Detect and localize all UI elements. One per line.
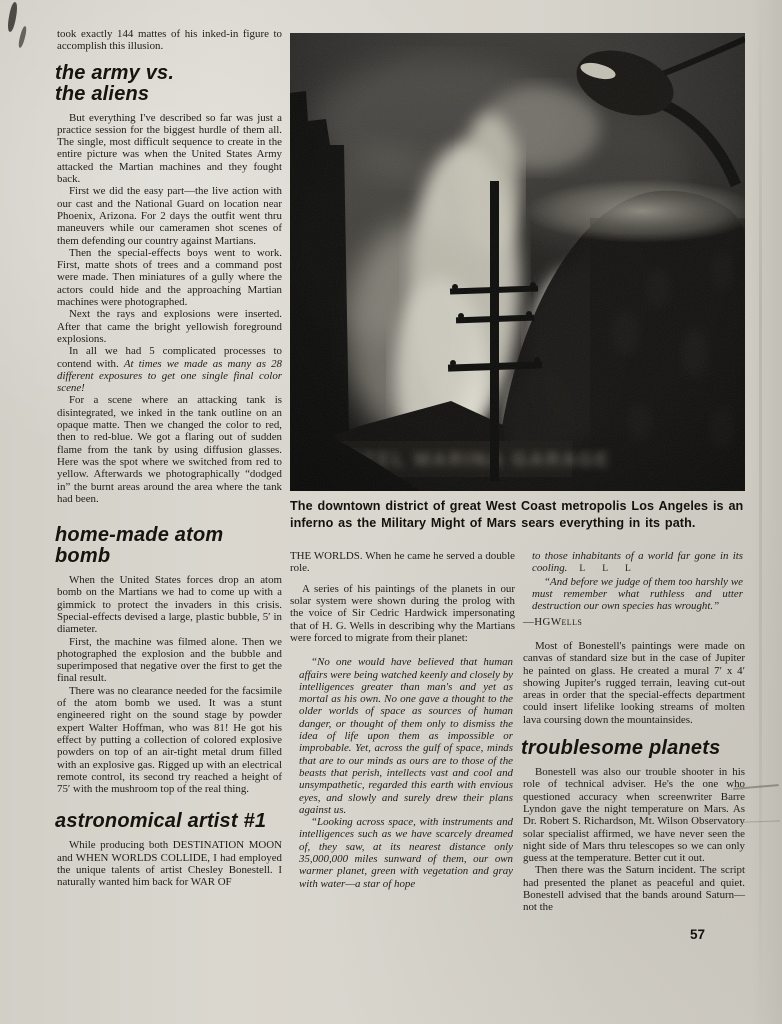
paragraph: A series of his paintings of the planets… <box>290 583 515 644</box>
paragraph: When the United States forces drop an at… <box>57 574 282 635</box>
middle-column: THE WORLDS. When he came he served a dou… <box>290 550 515 941</box>
section-heading-home-made-atom-bomb: home-made atom bomb <box>55 525 282 567</box>
section-heading-astronomical-artist: astronomical artist #1 <box>55 811 282 832</box>
photo-caption: The downtown district of great West Coas… <box>290 498 745 531</box>
lower-columns: THE WORLDS. When he came he served a dou… <box>290 550 745 941</box>
paragraph: First, the machine was filmed alone. The… <box>57 636 282 685</box>
war-of-the-worlds-photo: HOTEL MARINA GARAGE <box>290 33 745 491</box>
section-divider-ornament: L L L <box>579 564 631 574</box>
paragraph: For a scene where an attacking tank is d… <box>57 394 282 505</box>
paragraph: Then the special-effects boys went to wo… <box>57 247 282 308</box>
paper-crease <box>759 0 762 1024</box>
paragraph: There was no clearance needed for the fa… <box>57 685 282 796</box>
paragraph-continuation: THE WORLDS. When he came he served a dou… <box>290 550 515 575</box>
paragraph: But everything I've described so far was… <box>57 112 282 186</box>
paragraph: While producing both DESTINATION MOON an… <box>57 839 282 888</box>
paragraph: In all we had 5 complicated processes to… <box>57 345 282 394</box>
photo-illustration: HOTEL MARINA GARAGE <box>290 33 745 491</box>
paragraph-continuation: took exactly 144 mattes of his inked-in … <box>57 28 282 53</box>
left-column: took exactly 144 mattes of his inked-in … <box>57 28 282 942</box>
magazine-page: took exactly 144 mattes of his inked-in … <box>0 0 782 1024</box>
right-column: to those inhabitants of a world far gone… <box>523 550 745 941</box>
paragraph: First we did the easy part—the live acti… <box>57 185 282 246</box>
section-heading-army-vs-aliens: the army vs. the aliens <box>55 63 282 105</box>
page-number: 57 <box>523 927 745 942</box>
right-area: HOTEL MARINA GARAGE <box>290 33 745 942</box>
film-grain <box>290 33 745 491</box>
paragraph: Then there was the Saturn incident. The … <box>523 864 745 913</box>
quote-text: to those inhabitants of a world far gone… <box>532 550 743 574</box>
page-content: took exactly 144 mattes of his inked-in … <box>0 0 782 942</box>
paragraph: Next the rays and explosions were insert… <box>57 308 282 345</box>
heading-line: the army vs. <box>55 63 282 84</box>
heading-line: the aliens <box>55 84 282 105</box>
paragraph: Bonestell was also our trouble shooter i… <box>523 766 745 864</box>
quote-attribution: —HGWells <box>523 616 745 628</box>
wells-quote-paragraph: “No one would have believed that human a… <box>290 656 515 816</box>
wells-quote-paragraph: “Looking across space, with instruments … <box>290 816 515 890</box>
paragraph: Most of Bonestell's paintings were made … <box>523 640 745 726</box>
section-heading-troublesome-planets: troublesome planets <box>521 738 745 759</box>
wells-quote-paragraph: “And before we judge of them too harshly… <box>523 576 745 613</box>
wells-quote-continuation: to those inhabitants of a world far gone… <box>523 550 745 576</box>
